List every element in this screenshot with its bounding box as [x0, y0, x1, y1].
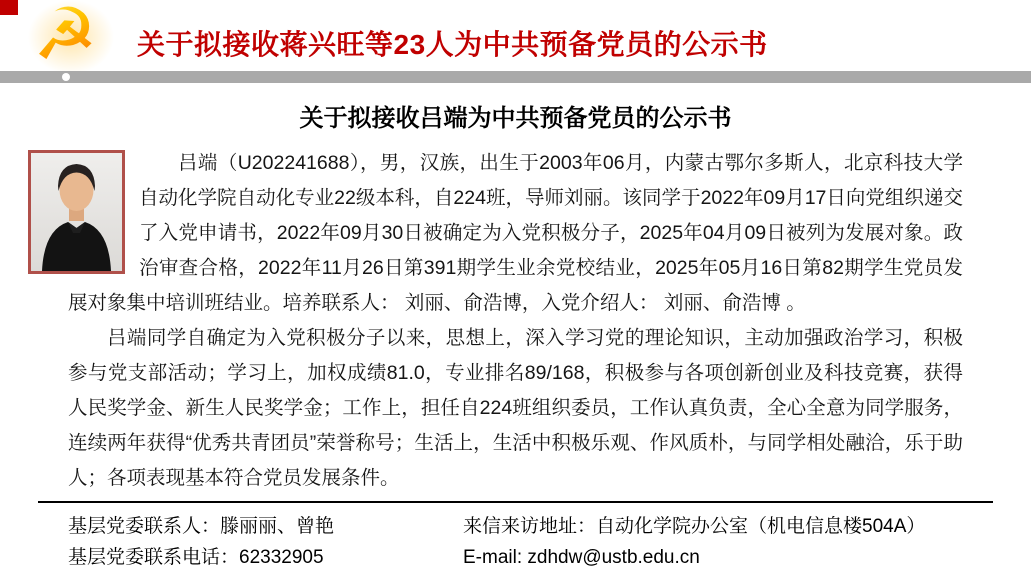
footer-divider: [38, 501, 993, 503]
paragraph-2: 吕端同学自确定为入党积极分子以来，思想上，深入学习党的理论知识，主动加强政治学习…: [68, 321, 963, 496]
contact-phone-line: 基层党委联系电话：62332905: [68, 542, 463, 573]
document-title: 关于拟接收吕端为中共预备党员的公示书: [68, 98, 963, 133]
party-emblem-icon: ☭: [33, 0, 98, 72]
contact-person-line: 基层党委联系人：滕丽丽、曾艳: [68, 511, 463, 542]
footer-right-column: 来信来访地址：自动化学院办公室（机电信息楼504A） E-mail: zdhdw…: [463, 511, 925, 573]
applicant-photo: [28, 150, 125, 274]
email-line: E-mail: zdhdw@ustb.edu.cn: [463, 542, 925, 573]
body-text: 吕端（U202241688），男，汉族，出生于2003年06月，内蒙古鄂尔多斯人…: [68, 146, 963, 496]
header-title: 关于拟接收蒋兴旺等23人为中共预备党员的公示书: [137, 23, 768, 63]
footer-columns: 基层党委联系人：滕丽丽、曾艳 基层党委联系电话：62332905 来信来访地址：…: [0, 511, 1031, 573]
divider-dot-icon: [62, 73, 70, 81]
paragraph-1-text: 吕端（U202241688），男，汉族，出生于2003年06月，内蒙古鄂尔多斯人…: [68, 152, 963, 314]
paragraph-1: 吕端（U202241688），男，汉族，出生于2003年06月，内蒙古鄂尔多斯人…: [68, 146, 963, 321]
visit-address-line: 来信来访地址：自动化学院办公室（机电信息楼504A）: [463, 511, 925, 542]
announcement-slide: ☭ 关于拟接收蒋兴旺等23人为中共预备党员的公示书 关于拟接收吕端为中共预备党员…: [0, 0, 1031, 579]
slide-footer: 基层党委联系人：滕丽丽、曾艳 基层党委联系电话：62332905 来信来访地址：…: [0, 501, 1031, 579]
slide-header: ☭ 关于拟接收蒋兴旺等23人为中共预备党员的公示书: [0, 0, 1031, 71]
footer-left-column: 基层党委联系人：滕丽丽、曾艳 基层党委联系电话：62332905: [68, 511, 463, 573]
header-divider-bar: [0, 71, 1031, 83]
document-body: 关于拟接收吕端为中共预备党员的公示书: [68, 83, 963, 496]
